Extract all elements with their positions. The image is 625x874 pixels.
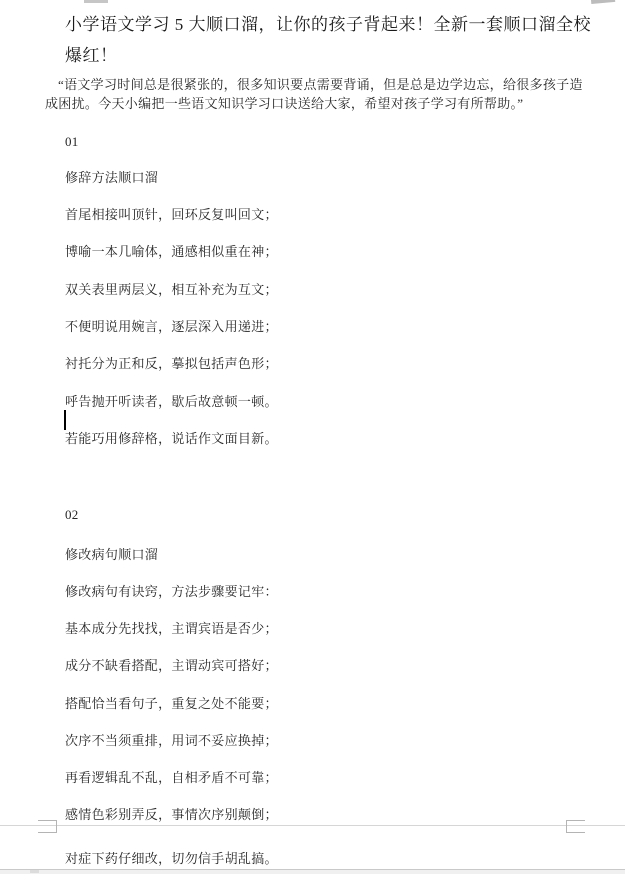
window-bottom-edge <box>0 869 625 874</box>
section-1-heading[interactable]: 修辞方法顺口溜 <box>65 167 158 186</box>
section-2-number[interactable]: 02 <box>65 507 79 523</box>
document-page[interactable]: 小学语文学习 5 大顺口溜，让你的孩子背起来！全新一套顺口溜全校 爆红！ “语文… <box>0 0 625 874</box>
text-boundary-crop-mark-right <box>566 820 585 833</box>
section-1-line[interactable]: 不便明说用婉言，逐层深入用递进； <box>65 316 278 335</box>
section-2-heading[interactable]: 修改病句顺口溜 <box>65 544 158 563</box>
section-2-line[interactable]: 修改病句有诀窍，方法步骤要记牢： <box>65 581 278 600</box>
section-1-number[interactable]: 01 <box>65 134 79 150</box>
section-2-line[interactable]: 再看逻辑乱不乱，自相矛盾不可靠； <box>65 767 278 786</box>
section-1-line[interactable]: 双关表里两层义，相互补充为互文； <box>65 279 278 298</box>
section-2-line[interactable]: 成分不缺看搭配，主谓动宾可搭好； <box>65 655 278 674</box>
section-1-line[interactable]: 呼告抛开听读者，歇后故意顿一顿。 <box>65 391 278 410</box>
text-boundary-crop-mark-left <box>38 820 57 833</box>
section-1-line[interactable]: 首尾相接叫顶针，回环反复叫回文； <box>65 204 278 223</box>
section-2-line[interactable]: 搭配恰当看句子，重复之处不能要； <box>65 693 278 712</box>
document-title-line2[interactable]: 爆红！ <box>65 41 118 66</box>
text-cursor <box>64 410 66 430</box>
page-top-left-crop-mark <box>84 0 108 3</box>
section-2-line[interactable]: 基本成分先找找，主谓宾语是否少； <box>65 618 278 637</box>
section-2-line[interactable]: 对症下药仔细改，切勿信手胡乱搞。 <box>65 848 278 867</box>
document-title-line1[interactable]: 小学语文学习 5 大顺口溜，让你的孩子背起来！全新一套顺口溜全校 <box>65 10 591 35</box>
section-2-line[interactable]: 次序不当须重排，用词不妥应换掉； <box>65 730 278 749</box>
page-top-right-crop-mark <box>591 0 615 4</box>
section-1-line[interactable]: 若能巧用修辞格，说话作文面目新。 <box>65 428 278 447</box>
section-2-line[interactable]: 感情色彩别弄反，事情次序别颠倒； <box>65 804 278 823</box>
section-1-line[interactable]: 博喻一本几喻体，通感相似重在神； <box>65 241 278 260</box>
section-1-line[interactable]: 衬托分为正和反，摹拟包括声色形； <box>65 353 278 372</box>
window-bottom-notch <box>30 870 39 873</box>
intro-quote-line1[interactable]: “语文学习时间总是很紧张的，很多知识要点需要背诵，但是总是边学边忘，给很多孩子造 <box>58 74 583 93</box>
intro-quote-line2[interactable]: 成困扰。今天小编把一些语文知识学习口诀送给大家，希望对孩子学习有所帮助。” <box>45 93 523 112</box>
page-break-line <box>0 825 625 826</box>
